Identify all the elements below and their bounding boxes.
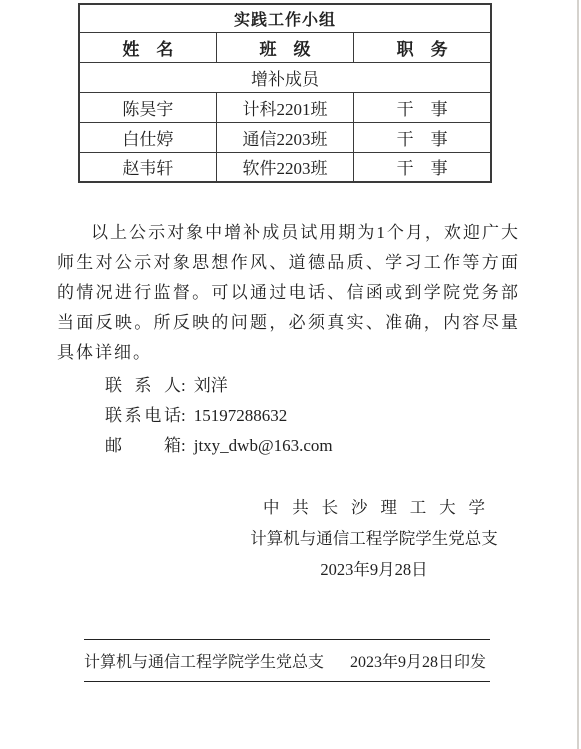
cell-position: 干 事	[354, 92, 491, 122]
colon-separator: :	[181, 431, 186, 461]
header-name: 姓 名	[79, 32, 216, 62]
footer-imprint: 计算机与通信工程学院学生党总支2023年9月28日印发	[84, 639, 490, 682]
table-row: 白仕婷 通信2203班 干 事	[79, 122, 491, 152]
signature-university: 中共长沙理工大学	[244, 492, 504, 523]
header-class: 班 级	[216, 32, 353, 62]
cell-class: 软件2203班	[216, 152, 353, 182]
cell-position: 干 事	[354, 152, 491, 182]
table-title-row: 实践工作小组	[79, 4, 491, 32]
table-row: 赵韦轩 软件2203班 干 事	[79, 152, 491, 182]
contact-phone-value: 15197288632	[194, 401, 288, 431]
contact-phone-label: 联系电话	[105, 401, 181, 431]
document-page: 实践工作小组 姓 名 班 级 职 务 增补成员 陈昊宇 计科2201班 干 事 …	[0, 0, 581, 749]
contact-person-value: 刘洋	[194, 371, 228, 401]
footer-print-date: 2023年9月28日印发	[350, 649, 486, 672]
contact-block: 联系人:刘洋 联系电话:15197288632 邮箱:jtxy_dwb@163.…	[105, 371, 333, 461]
page-edge-line	[577, 0, 579, 749]
contact-email-label: 邮箱	[105, 431, 181, 461]
header-position: 职 务	[354, 32, 491, 62]
cell-class: 计科2201班	[216, 92, 353, 122]
table-row: 陈昊宇 计科2201班 干 事	[79, 92, 491, 122]
signature-block: 中共长沙理工大学 计算机与通信工程学院学生党总支 2023年9月28日	[244, 492, 504, 585]
colon-separator: :	[181, 401, 186, 431]
table-title: 实践工作小组	[79, 4, 491, 32]
cell-name: 赵韦轩	[79, 152, 216, 182]
signature-date: 2023年9月28日	[244, 554, 504, 585]
colon-separator: :	[181, 371, 186, 401]
cell-class: 通信2203班	[216, 122, 353, 152]
contact-email-value: jtxy_dwb@163.com	[194, 431, 333, 461]
work-group-table: 实践工作小组 姓 名 班 级 职 务 增补成员 陈昊宇 计科2201班 干 事 …	[78, 3, 492, 183]
signature-org: 计算机与通信工程学院学生党总支	[244, 523, 504, 554]
contact-email-line: 邮箱:jtxy_dwb@163.com	[105, 431, 333, 461]
table-header-row: 姓 名 班 级 职 务	[79, 32, 491, 62]
cell-name: 陈昊宇	[79, 92, 216, 122]
notice-paragraph: 以上公示对象中增补成员试用期为1个月，欢迎广大师生对公示对象思想作风、道德品质、…	[57, 218, 520, 368]
contact-phone-line: 联系电话:15197288632	[105, 401, 333, 431]
contact-person-line: 联系人:刘洋	[105, 371, 333, 401]
footer-issuer: 计算机与通信工程学院学生党总支	[84, 649, 324, 672]
section-label: 增补成员	[79, 62, 491, 92]
table-section-row: 增补成员	[79, 62, 491, 92]
cell-position: 干 事	[354, 122, 491, 152]
contact-person-label: 联系人	[105, 371, 181, 401]
cell-name: 白仕婷	[79, 122, 216, 152]
